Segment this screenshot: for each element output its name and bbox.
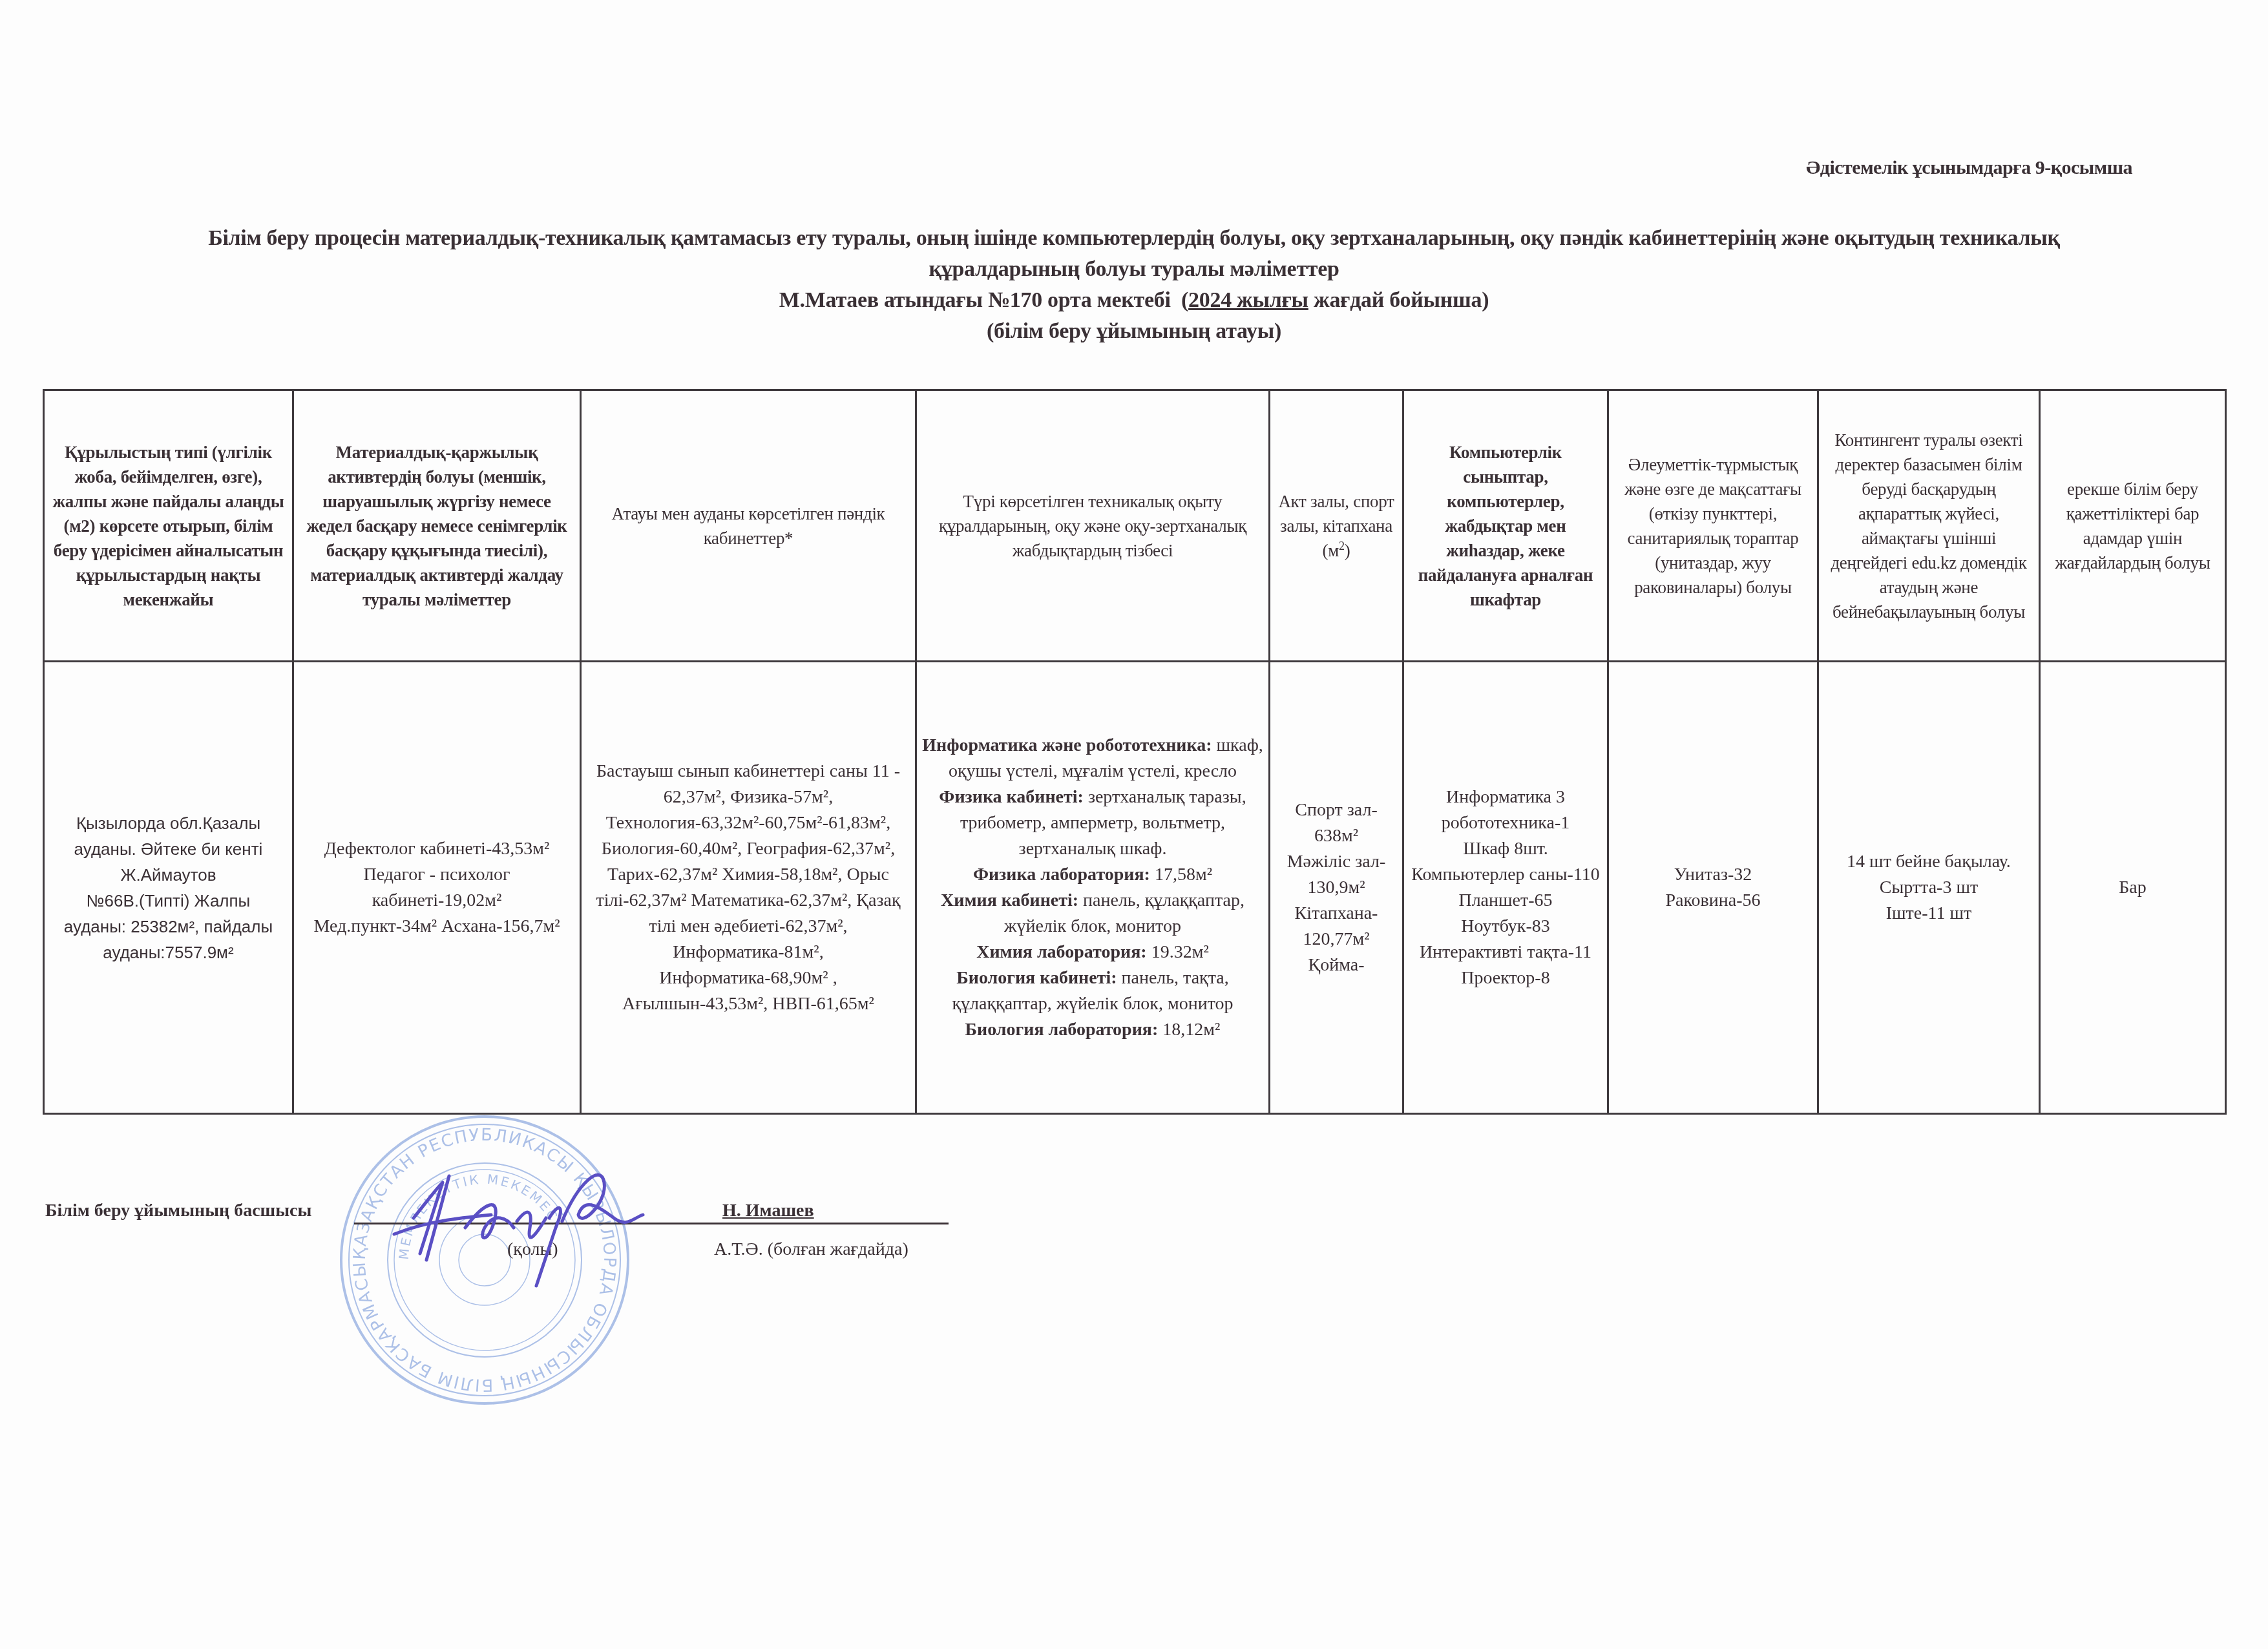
hall-line: Қойма-	[1276, 952, 1397, 978]
computer-line: Шкаф 8шт.	[1409, 836, 1602, 862]
equipment-entry: Биология кабинеті: панель, тақта, құлаққ…	[922, 965, 1263, 1017]
cell-computers: Информатика 3 робототехника-1 Шкаф 8шт. …	[1403, 662, 1608, 1114]
signatory-role: Білім беру ұйымының басшысы	[45, 1201, 311, 1221]
computer-line: Планшет-65	[1409, 888, 1602, 914]
hall-line: 120,77м²	[1276, 927, 1397, 952]
header-halls-close: )	[1345, 541, 1350, 560]
equipment-label: Химия лаборатория:	[976, 942, 1146, 962]
appendix-label: Әдістемелік ұсынымдарға 9-қосымша	[1680, 157, 2132, 179]
computer-line: Ноутбук-83	[1409, 914, 1602, 940]
equipment-entry: Биология лаборатория: 18,12м²	[922, 1017, 1263, 1043]
equipment-label: Химия кабинеті:	[941, 890, 1078, 910]
equipment-entry: Информатика және робототехника: шкаф, оқ…	[922, 733, 1263, 784]
title-line-2: құралдарының болуы туралы мәліметтер	[26, 254, 2242, 285]
address-line: Қызылорда обл.Қазалы	[50, 810, 287, 836]
address-line: ауданы. Әйтеке би кенті	[50, 836, 287, 862]
header-assets: Материалдық-қаржылық активтердің болуы (…	[293, 390, 581, 662]
hall-line: Мәжіліс зал-	[1276, 849, 1397, 875]
equipment-label: Биология лаборатория:	[965, 1020, 1159, 1040]
computer-line: робототехника-1	[1409, 810, 1602, 836]
signature-block: Білім беру ұйымының басшысы Н. Имашев (қ…	[45, 1201, 982, 1278]
header-row: Құрылыстың типі (үлгілік жоба, бейімделг…	[44, 390, 2226, 662]
as-of-open: (	[1181, 288, 1188, 312]
cell-sanitary: Унитаз-32 Раковина-56	[1608, 662, 1818, 1114]
address-line: Ж.Аймаутов	[50, 862, 287, 888]
equipment-label: Биология кабинеті:	[956, 968, 1117, 988]
as-of-rest: жағдай бойынша)	[1314, 288, 1489, 312]
name-caption: А.Т.Ә. (болған жағдайда)	[714, 1239, 908, 1260]
asset-line: Дефектолог кабинеті-43,53м²	[299, 836, 574, 862]
equipment-text: 19.32м²	[1151, 942, 1209, 962]
signature-line	[354, 1223, 949, 1224]
video-line: Сыртта-3 шт	[1824, 875, 2033, 901]
cell-special-needs: Бар	[2040, 662, 2226, 1114]
school-line: М.Матаев атындағы №170 орта мектебі (202…	[26, 285, 2242, 316]
title-line-1: Білім беру процесін материалдық-техникал…	[26, 223, 2242, 254]
computer-line: Интерактивті тақта-11	[1409, 940, 1602, 965]
equipment-text: 17,58м²	[1155, 865, 1212, 885]
header-halls: Акт залы, спорт залы, кітапхана (м2)	[1270, 390, 1403, 662]
hall-line: Спорт зал-	[1276, 797, 1397, 823]
header-halls-text: Акт залы, спорт залы, кітапхана (м	[1278, 492, 1394, 560]
table-row: Қызылорда обл.Қазалы ауданы. Әйтеке би к…	[44, 662, 2226, 1114]
computer-line: Информатика 3	[1409, 784, 1602, 810]
cell-equipment: Информатика және робототехника: шкаф, оқ…	[916, 662, 1270, 1114]
asset-line: Мед.пункт-34м² Асхана-156,7м²	[299, 914, 574, 940]
school-name: М.Матаев атындағы №170 орта мектебі	[779, 288, 1171, 312]
address-line: ауданы:7557.9м²	[50, 940, 287, 965]
hall-line: 130,9м²	[1276, 875, 1397, 901]
equipment-text: 18,12м²	[1162, 1020, 1220, 1040]
header-special-needs: ерекше білім беру қажеттіліктері бар ада…	[2040, 390, 2226, 662]
video-line: Іште-11 шт	[1824, 901, 2033, 927]
cell-halls: Спорт зал- 638м² Мәжіліс зал- 130,9м² Кі…	[1270, 662, 1403, 1114]
equipment-label: Физика кабинеті:	[939, 787, 1084, 807]
signature-caption: (қолы)	[507, 1239, 558, 1260]
signatory-name: Н. Имашев	[722, 1201, 814, 1221]
facilities-table: Құрылыстың типі (үлгілік жоба, бейімделг…	[43, 389, 2227, 1115]
header-sanitary: Әлеуметтік-тұрмыстық және өзге де мақсат…	[1608, 390, 1818, 662]
as-of-year: 2024 жылғы	[1188, 288, 1308, 312]
computer-line: Компьютерлер саны-110	[1409, 862, 1602, 888]
cell-assets: Дефектолог кабинеті-43,53м² Педагог - пс…	[293, 662, 581, 1114]
address-line: №66В.(Типті) Жалпы	[50, 888, 287, 914]
org-caption: (білім беру ұйымының атауы)	[26, 316, 2242, 347]
equipment-label: Информатика және робототехника:	[922, 735, 1212, 755]
hall-line: Кітапхана-	[1276, 901, 1397, 927]
cell-video: 14 шт бейне бақылау. Сыртта-3 шт Іште-11…	[1818, 662, 2040, 1114]
header-halls-sup: 2	[1339, 540, 1345, 552]
equipment-label: Физика лаборатория:	[973, 865, 1150, 885]
cell-subject-rooms: Бастауыш сынып кабинеттері саны 11 - 62,…	[581, 662, 916, 1114]
header-info-system: Контингент туралы өзекті деректер базасы…	[1818, 390, 2040, 662]
equipment-entry: Химия лаборатория: 19.32м²	[922, 940, 1263, 965]
sanitary-line: Унитаз-32	[1614, 862, 1812, 888]
hall-line: 638м²	[1276, 823, 1397, 849]
header-equipment: Түрі көрсетілген техникалық оқыту құралд…	[916, 390, 1270, 662]
document-title: Білім беру процесін материалдық-техникал…	[26, 223, 2242, 347]
cell-address: Қызылорда обл.Қазалы ауданы. Әйтеке би к…	[44, 662, 293, 1114]
header-computers: Компьютерлік сыныптар, компьютерлер, жаб…	[1403, 390, 1608, 662]
equipment-entry: Физика кабинеті: зертханалық таразы, три…	[922, 784, 1263, 862]
asset-line: Педагог - психолог кабинеті-19,02м²	[299, 862, 574, 914]
sanitary-line: Раковина-56	[1614, 888, 1812, 914]
address-line: ауданы: 25382м², пайдалы	[50, 914, 287, 940]
header-address: Құрылыстың типі (үлгілік жоба, бейімделг…	[44, 390, 293, 662]
equipment-entry: Физика лаборатория: 17,58м²	[922, 862, 1263, 888]
header-subject-rooms: Атауы мен ауданы көрсетілген пәндік каби…	[581, 390, 916, 662]
computer-line: Проектор-8	[1409, 965, 1602, 991]
equipment-entry: Химия кабинеті: панель, құлаққаптар, жүй…	[922, 888, 1263, 940]
video-line: 14 шт бейне бақылау.	[1824, 849, 2033, 875]
